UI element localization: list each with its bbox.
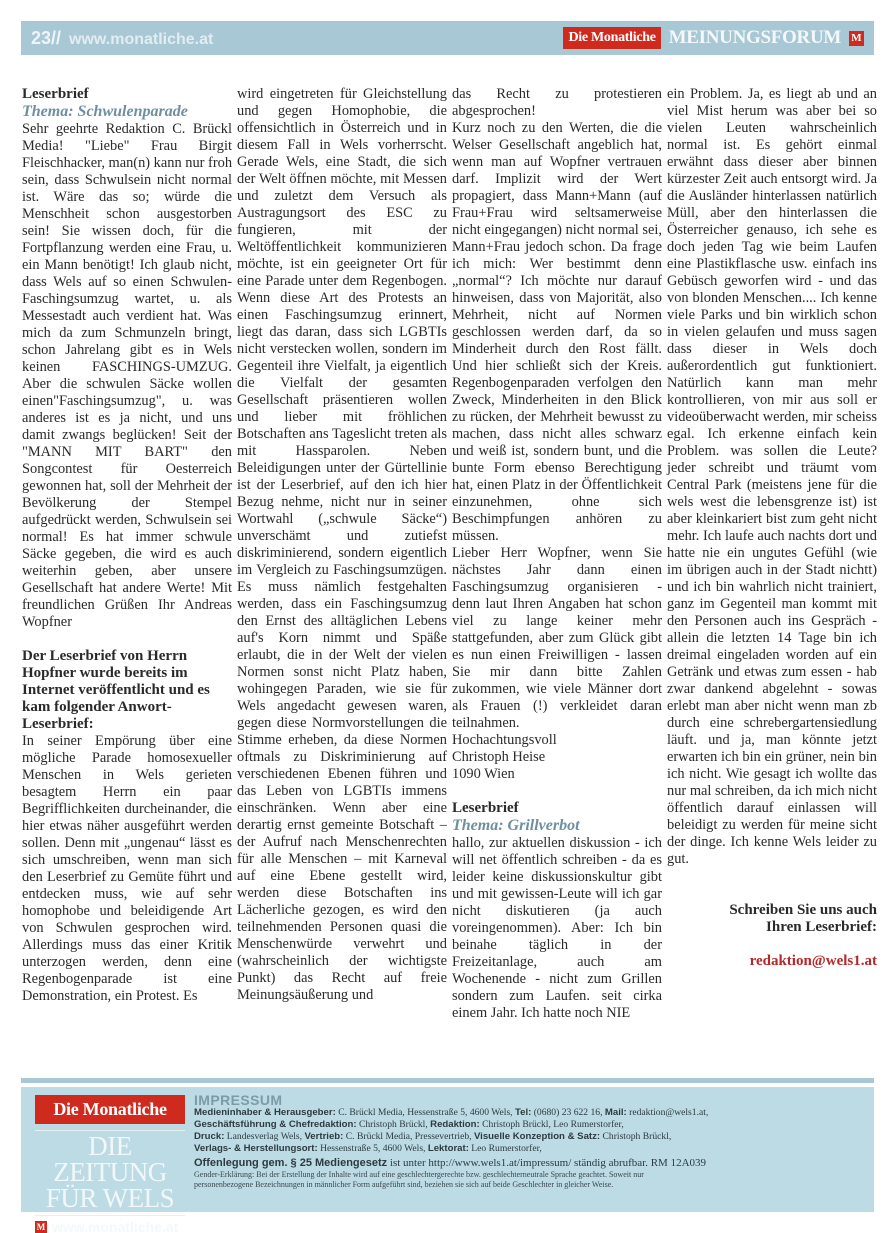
footer-logo-block: Die Monatliche DIE ZEITUNG FÜR WELS M ww… xyxy=(21,1087,186,1212)
impressum-line: Medieninhaber & Herausgeber: C. Brückl M… xyxy=(194,1107,866,1119)
letter2-heading: Der Leserbrief von Herrn Hopfner wurde b… xyxy=(22,648,232,733)
letter3-body-part2: ein Problem. Ja, es liegt ab und an viel… xyxy=(667,86,877,868)
letter2-closing: Hochachtungsvoll xyxy=(452,732,662,749)
impressum-value: Christoph Brückl, Leo Rumerstorfer, xyxy=(480,1119,624,1130)
footer-divider xyxy=(21,1078,874,1083)
footer-url-row: M www.monatliche.at xyxy=(35,1215,185,1233)
page-header: 23// www.monatliche.at Die Monatliche ME… xyxy=(21,21,874,55)
letter3-body-part1: hallo, zur aktuellen diskussion - ich wi… xyxy=(452,835,662,1022)
impressum-label: Geschäftsführung & Chefredaktion: xyxy=(194,1119,357,1130)
cta-line2: Ihren Leserbrief: xyxy=(667,919,877,936)
impressum-disclosure: Offenlegung gem. § 25 Mediengesetz ist u… xyxy=(194,1157,866,1170)
column-4: ein Problem. Ja, es liegt ab und an viel… xyxy=(667,86,877,1061)
column-1: Leserbrief Thema: Schwulenparade Sehr ge… xyxy=(22,86,232,1061)
footer-tagline-1: DIE ZEITUNG xyxy=(35,1130,185,1185)
impressum-label: Vertrieb: xyxy=(304,1131,343,1142)
spacer xyxy=(667,868,877,885)
letter3-heading: Leserbrief xyxy=(452,800,662,817)
letter2-body-part1: In seiner Empörung über eine mögliche Pa… xyxy=(22,733,232,1005)
monatliche-m-icon: M xyxy=(849,31,864,46)
impressum-label: Verlags- & Herstellungsort: xyxy=(194,1143,318,1154)
impressum-label: Lektorat: xyxy=(428,1143,469,1154)
impressum-label: Mail: xyxy=(605,1107,627,1118)
impressum-value: (0680) 23 622 16, xyxy=(531,1107,605,1118)
letter2-location: 1090 Wien xyxy=(452,766,662,783)
impressum-value: Landesverlag Wels, xyxy=(224,1131,304,1142)
header-right: Die Monatliche MEINUNGSFORUM M xyxy=(563,27,864,49)
monatliche-m-icon: M xyxy=(35,1221,47,1233)
impressum-label: Offenlegung gem. § 25 Mediengesetz xyxy=(194,1157,387,1169)
letter1-body: Sehr geehrte Redaktion C. Brückl Media! … xyxy=(22,121,232,631)
footer-tagline-2: FÜR WELS xyxy=(35,1185,185,1211)
article-columns: Leserbrief Thema: Schwulenparade Sehr ge… xyxy=(22,86,874,1061)
spacer xyxy=(667,936,877,953)
impressum-label: Visuelle Konzeption & Satz: xyxy=(474,1131,600,1142)
impressum-label: Medieninhaber & Herausgeber: xyxy=(194,1107,336,1118)
impressum-label: Druck: xyxy=(194,1131,224,1142)
letter3-theme: Thema: Grillverbot xyxy=(452,817,662,835)
impressum-value: Hessenstraße 5, 4600 Wels, xyxy=(318,1143,428,1154)
cta-email-link[interactable]: redaktion@wels1.at xyxy=(667,953,877,970)
page-number: 23// xyxy=(31,28,61,49)
spacer xyxy=(667,885,877,902)
letter2-body-part3a: das Recht zu protestieren abgesprochen! xyxy=(452,86,662,120)
gender-note-line1: Gender-Erklärung: Bei der Erstellung der… xyxy=(194,1170,866,1180)
letter1-theme: Thema: Schwulenparade xyxy=(22,103,232,121)
impressum-value: Christoph Brückl, xyxy=(357,1119,431,1130)
gender-note-line2: personenbezogene Bezeichnungen in männli… xyxy=(194,1180,866,1190)
cta-line1: Schreiben Sie uns auch xyxy=(667,902,877,919)
letter2-body-part3c: Lieber Herr Wopfner, wenn Sie nächstes J… xyxy=(452,545,662,732)
section-title: MEINUNGSFORUM xyxy=(669,27,841,49)
brand-logo: Die Monatliche xyxy=(563,27,660,49)
impressum-value: Leo Rumerstorfer, xyxy=(469,1143,542,1154)
column-3: das Recht zu protestieren abgesprochen! … xyxy=(452,86,662,1061)
impressum-value: C. Brückl Media, Hessenstraße 5, 4600 We… xyxy=(336,1107,515,1118)
impressum-email[interactable]: redaktion@wels1.at, xyxy=(627,1107,709,1118)
spacer xyxy=(452,783,662,800)
footer-url-link[interactable]: www.monatliche.at xyxy=(52,1219,178,1233)
letter2-body-part3b: Kurz noch zu den Werten, die die Welser … xyxy=(452,120,662,545)
header-left: 23// www.monatliche.at xyxy=(31,28,213,49)
header-url-link[interactable]: www.monatliche.at xyxy=(69,31,213,49)
impressum-label: Tel: xyxy=(515,1107,531,1118)
impressum-title: IMPRESSUM xyxy=(194,1093,866,1107)
impressum-block: IMPRESSUM Medieninhaber & Herausgeber: C… xyxy=(186,1087,874,1212)
impressum-disclosure-link[interactable]: ist unter http://www.wels1.at/impressum/… xyxy=(387,1157,706,1169)
impressum-line: Druck: Landesverlag Wels, Vertrieb: C. B… xyxy=(194,1131,866,1143)
impressum-value: Christoph Brückl, xyxy=(600,1131,671,1142)
column-2: wird eingetreten für Gleichstellung und … xyxy=(237,86,447,1061)
spacer xyxy=(22,631,232,648)
letter2-body-part2: wird eingetreten für Gleichstellung und … xyxy=(237,86,447,1004)
impressum-line: Geschäftsführung & Chefredaktion: Christ… xyxy=(194,1119,866,1131)
letter1-heading: Leserbrief xyxy=(22,86,232,103)
footer-brand-logo: Die Monatliche xyxy=(35,1095,185,1124)
impressum-value: C. Brückl Media, Pressevertrieb, xyxy=(343,1131,474,1142)
footer-impressum: Die Monatliche DIE ZEITUNG FÜR WELS M ww… xyxy=(21,1087,874,1212)
impressum-line: Verlags- & Herstellungsort: Hessenstraße… xyxy=(194,1143,866,1155)
letter2-signature: Christoph Heise xyxy=(452,749,662,766)
impressum-label: Redaktion: xyxy=(430,1119,480,1130)
